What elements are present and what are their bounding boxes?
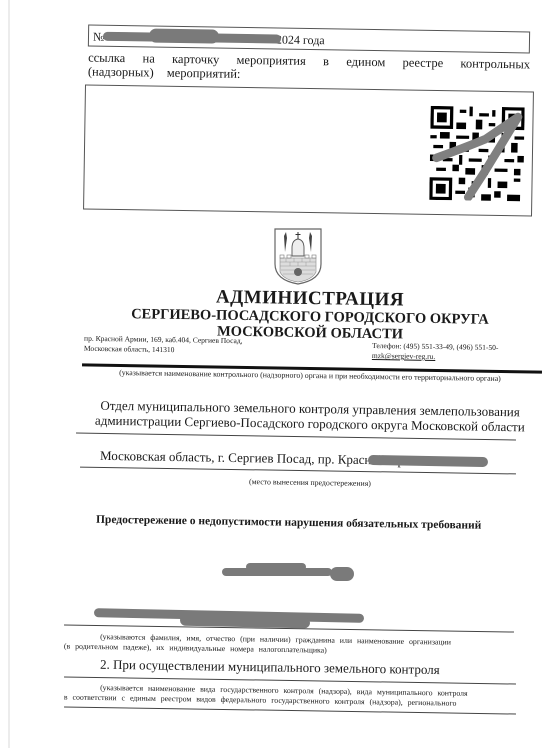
document-number-box: № 2024 года (88, 25, 530, 54)
divider (76, 433, 516, 441)
registry-link-label: ссылка на карточку мероприятия в едином … (88, 51, 530, 86)
control-type-note: (указывается наименование вида государст… (64, 682, 514, 709)
recipient-note: (указываются фамилия, имя, отчество (при… (64, 632, 504, 659)
email-link[interactable]: mzk@sergiev-reg.ru. (372, 351, 499, 363)
section-2-heading: 2. При осуществлении муниципального земе… (100, 657, 520, 680)
contacts-block: Телефон: (495) 551-33-49, (496) 551-50- … (372, 341, 499, 363)
place-note: (место вынесения предостережения) (130, 475, 490, 491)
redaction-mark (246, 563, 306, 571)
coat-of-arms-icon (272, 226, 324, 286)
authority-name: Отдел муниципального земельного контроля… (90, 398, 530, 435)
number-date: 2024 года (276, 28, 325, 51)
page-edge (8, 0, 10, 748)
document-page: № 2024 года ссылка на карточку мероприят… (0, 0, 556, 748)
address-block: пр. Красной Армии, 169, каб.404, Сергиев… (84, 334, 243, 356)
redaction-mark (149, 28, 219, 43)
registry-qr-box (83, 84, 534, 216)
redaction-mark (330, 567, 354, 581)
qr-code-icon[interactable] (429, 106, 524, 201)
document-title: Предостережение о недопустимости нарушен… (96, 514, 516, 533)
redaction-mark (368, 455, 488, 467)
